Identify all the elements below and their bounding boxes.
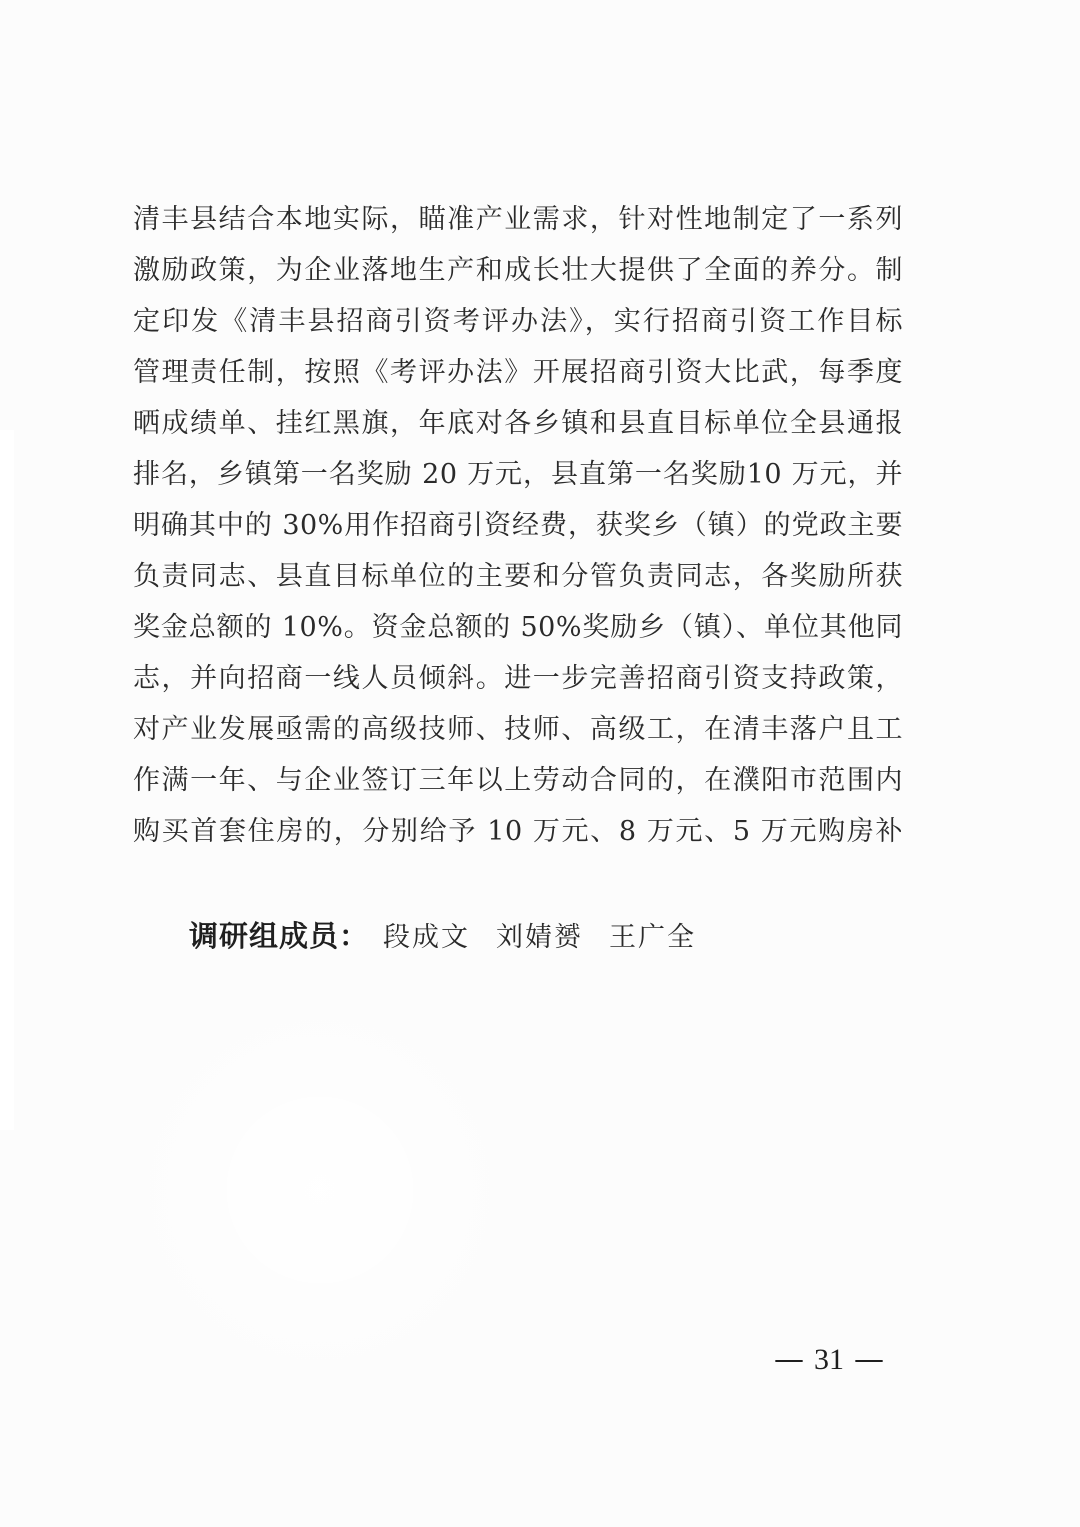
paragraph-line: 排名，乡镇第一名奖励 20 万元，县直第一名奖励10 万元，并 [133,449,903,500]
research-team-label: 调研组成员： [189,921,369,953]
team-member-name: 王广全 [609,922,696,953]
scan-edge-artifact [0,430,14,1130]
paragraph-line: 明确其中的 30%用作招商引资经费，获奖乡（镇）的党政主要 [133,500,903,551]
document-page: 清丰县结合本地实际，瞄准产业需求，针对性地制定了一系列 激励政策，为企业落地生产… [0,0,1080,1527]
paragraph-line: 管理责任制，按照《考评办法》开展招商引资大比武，每季度 [133,347,903,398]
page-number-dash-right: — [854,1340,884,1380]
page-number: —31— [774,1340,884,1380]
team-member-name: 刘婧赟 [496,922,583,953]
paragraph-line: 作满一年、与企业签订三年以上劳动合同的，在濮阳市范围内 [133,755,903,806]
paragraph: 清丰县结合本地实际，瞄准产业需求，针对性地制定了一系列 激励政策，为企业落地生产… [133,194,903,857]
team-member-name: 段成文 [383,922,470,953]
page-number-value: 31 [814,1340,844,1380]
page-number-dash-left: — [774,1340,804,1380]
research-team-line: 调研组成员：段成文刘婧赟王广全 [189,916,909,958]
paragraph-line: 购买首套住房的，分别给予 10 万元、8 万元、5 万元购房补贴。 [133,806,903,857]
paragraph-line: 激励政策，为企业落地生产和成长壮大提供了全面的养分。制 [133,245,903,296]
paragraph-line: 负责同志、县直目标单位的主要和分管负责同志，各奖励所获 [133,551,903,602]
paragraph-line: 定印发《清丰县招商引资考评办法》，实行招商引资工作目标 [133,296,903,347]
paragraph-line: 清丰县结合本地实际，瞄准产业需求，针对性地制定了一系列 [133,194,903,245]
paragraph-line: 奖金总额的 10%。资金总额的 50%奖励乡（镇）、单位其他同 [133,602,903,653]
paragraph-line: 志，并向招商一线人员倾斜。进一步完善招商引资支持政策， [133,653,903,704]
paragraph-line: 晒成绩单、挂红黑旗，年底对各乡镇和县直目标单位全县通报 [133,398,903,449]
paragraph-line: 对产业发展亟需的高级技师、技师、高级工，在清丰落户且工 [133,704,903,755]
scan-smudge-artifact [110,980,530,1400]
